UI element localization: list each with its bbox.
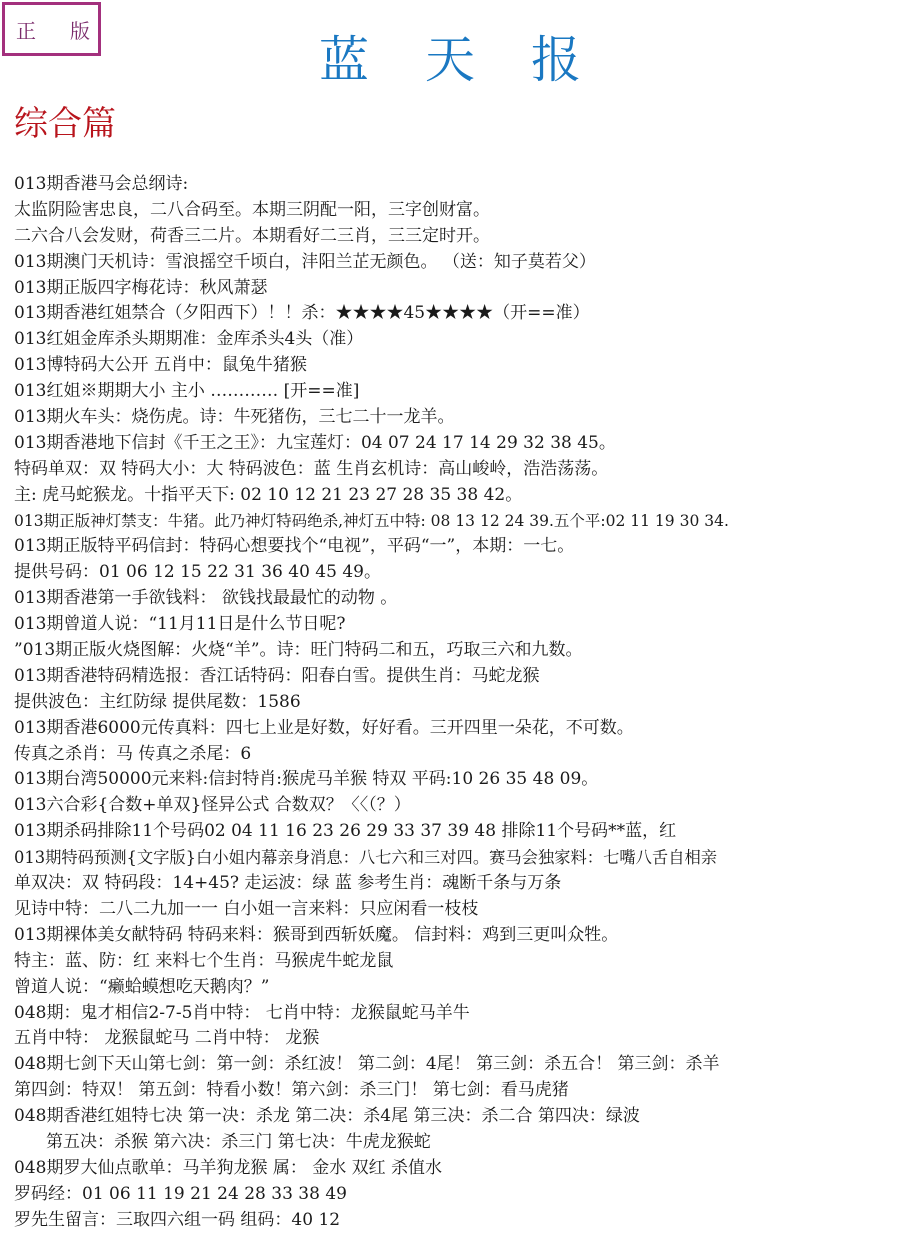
text-line: 013红姐金库杀头期期准：金库杀头4头（准） <box>14 327 900 353</box>
text-line: 013期澳门天机诗：雪浪摇空千顷白，沣阳兰芷无颜色。 （送：知子莫若父） <box>14 250 900 276</box>
section-title: 综合篇 <box>14 96 116 145</box>
page-title: 蓝天报 <box>0 20 900 92</box>
text-line: 013期火车头：烧伤虎。诗：牛死猪伤，三七二十一龙羊。 <box>14 405 900 431</box>
text-line: 013期香港马会总纲诗: <box>14 172 900 198</box>
text-line: 提供号码：01 06 12 15 22 31 36 40 45 49。 <box>14 560 900 586</box>
text-line: 013六合彩{合数+单双}怪异公式 合数双？〈〈（？） <box>14 793 900 819</box>
text-line: 013期台湾50000元来料:信封特肖:猴虎马羊猴 特双 平码:10 26 35… <box>14 767 900 793</box>
text-line: 罗先生留言：三取四六组一码 组码：40 12 <box>14 1208 900 1234</box>
text-line: 048期：鬼才相信2-7-5肖中特： 七肖中特：龙猴鼠蛇马羊牛 <box>14 1001 900 1027</box>
text-line: 013期香港第一手欲钱料： 欲钱找最最忙的动物 。 <box>14 586 900 612</box>
text-line: 第四剑：特双！ 第五剑：特看小数！第六剑：杀三门！ 第七剑：看马虎猪 <box>14 1078 900 1104</box>
text-line: 曾道人说：“癞蛤蟆想吃天鹅肉？” <box>14 975 900 1001</box>
text-line: 013期正版四字梅花诗：秋风萧瑟 <box>14 276 900 302</box>
content-lines: 013期香港马会总纲诗: 太监阴险害忠良，二八合码至。本期三阴配一阳，三字创财富… <box>14 172 900 1234</box>
text-line: 见诗中特：二八二九加一一 白小姐一言来料：只应闲看一枝枝 <box>14 897 900 923</box>
text-line: 013期香港地下信封《千王之王》：九宝莲灯：04 07 24 17 14 29 … <box>14 431 900 457</box>
title-char: 报 <box>531 20 581 92</box>
text-line: 013博特码大公开 五肖中：鼠兔牛猪猴 <box>14 353 900 379</box>
text-line: 013期曾道人说：“11月11日是什么节日呢? <box>14 612 900 638</box>
text-line: 特码单双：双 特码大小：大 特码波色：蓝 生肖玄机诗：高山峻岭，浩浩荡荡。 <box>14 457 900 483</box>
text-line: 013期香港6000元传真料：四七上业是好数，好好看。三开四里一朵花，不可数。 <box>14 716 900 742</box>
text-line: 太监阴险害忠良，二八合码至。本期三阴配一阳，三字创财富。 <box>14 198 900 224</box>
text-line: 特主：蓝、防：红 来料七个生肖：马猴虎牛蛇龙鼠 <box>14 949 900 975</box>
text-line: 013期特码预测{文字版}白小姐内幕亲身消息：八七六和三对四。赛马会独家料：七嘴… <box>14 845 900 871</box>
text-line: 五肖中特： 龙猴鼠蛇马 二肖中特： 龙猴 <box>14 1026 900 1052</box>
text-line: 048期香港红姐特七决 第一决：杀龙 第二决：杀4尾 第三决：杀二合 第四决：绿… <box>14 1104 900 1130</box>
text-line: 传真之杀肖：马 传真之杀尾：6 <box>14 742 900 768</box>
text-line: 013红姐※期期大小 主小 ………… [开==准] <box>14 379 900 405</box>
text-line: 提供波色：主红防绿 提供尾数：1586 <box>14 690 900 716</box>
text-line: 罗码经：01 06 11 19 21 24 28 33 38 49 <box>14 1182 900 1208</box>
text-line: ”013期正版火烧图解：火烧“羊”。诗：旺门特码二和五，巧取三六和九数。 <box>14 638 900 664</box>
text-line: 013期正版神灯禁支：牛猪。此乃神灯特码绝杀,神灯五中特: 08 13 12 2… <box>14 509 900 535</box>
text-line: 048期罗大仙点歌单：马羊狗龙猴 属： 金水 双红 杀值水 <box>14 1156 900 1182</box>
text-line: 单双决：双 特码段：14+45? 走运波：绿 蓝 参考生肖：魂断千条与万条 <box>14 871 900 897</box>
text-line: 013期香港特码精选报：香江话特码：阳春白雪。提供生肖：马蛇龙猴 <box>14 664 900 690</box>
text-line: 013期杀码排除11个号码02 04 11 16 23 26 29 33 37 … <box>14 819 900 845</box>
text-line: 013期裸体美女献特码 特码来料：猴哥到西斩妖魔。 信封料：鸡到三更叫众牲。 <box>14 923 900 949</box>
text-line: 048期七剑下天山第七剑：第一剑：杀红波！ 第二剑：4尾！ 第三剑：杀五合！ 第… <box>14 1052 900 1078</box>
text-line: 主: 虎马蛇猴龙。十指平天下: 02 10 12 21 23 27 28 35 … <box>14 483 900 509</box>
text-line: 二六合八会发财，荷香三二片。本期看好二三肖，三三定时开。 <box>14 224 900 250</box>
title-char: 天 <box>425 20 475 92</box>
title-char: 蓝 <box>319 20 369 92</box>
text-line: 013期香港红姐禁合（夕阳西下）！！杀：★★★★45★★★★（开==准） <box>14 301 900 327</box>
text-line: 013期正版特平码信封：特码心想要找个“电视”，平码“一”，本期：一七。 <box>14 534 900 560</box>
text-line: 第五决：杀猴 第六决：杀三门 第七决：牛虎龙猴蛇 <box>14 1130 900 1156</box>
